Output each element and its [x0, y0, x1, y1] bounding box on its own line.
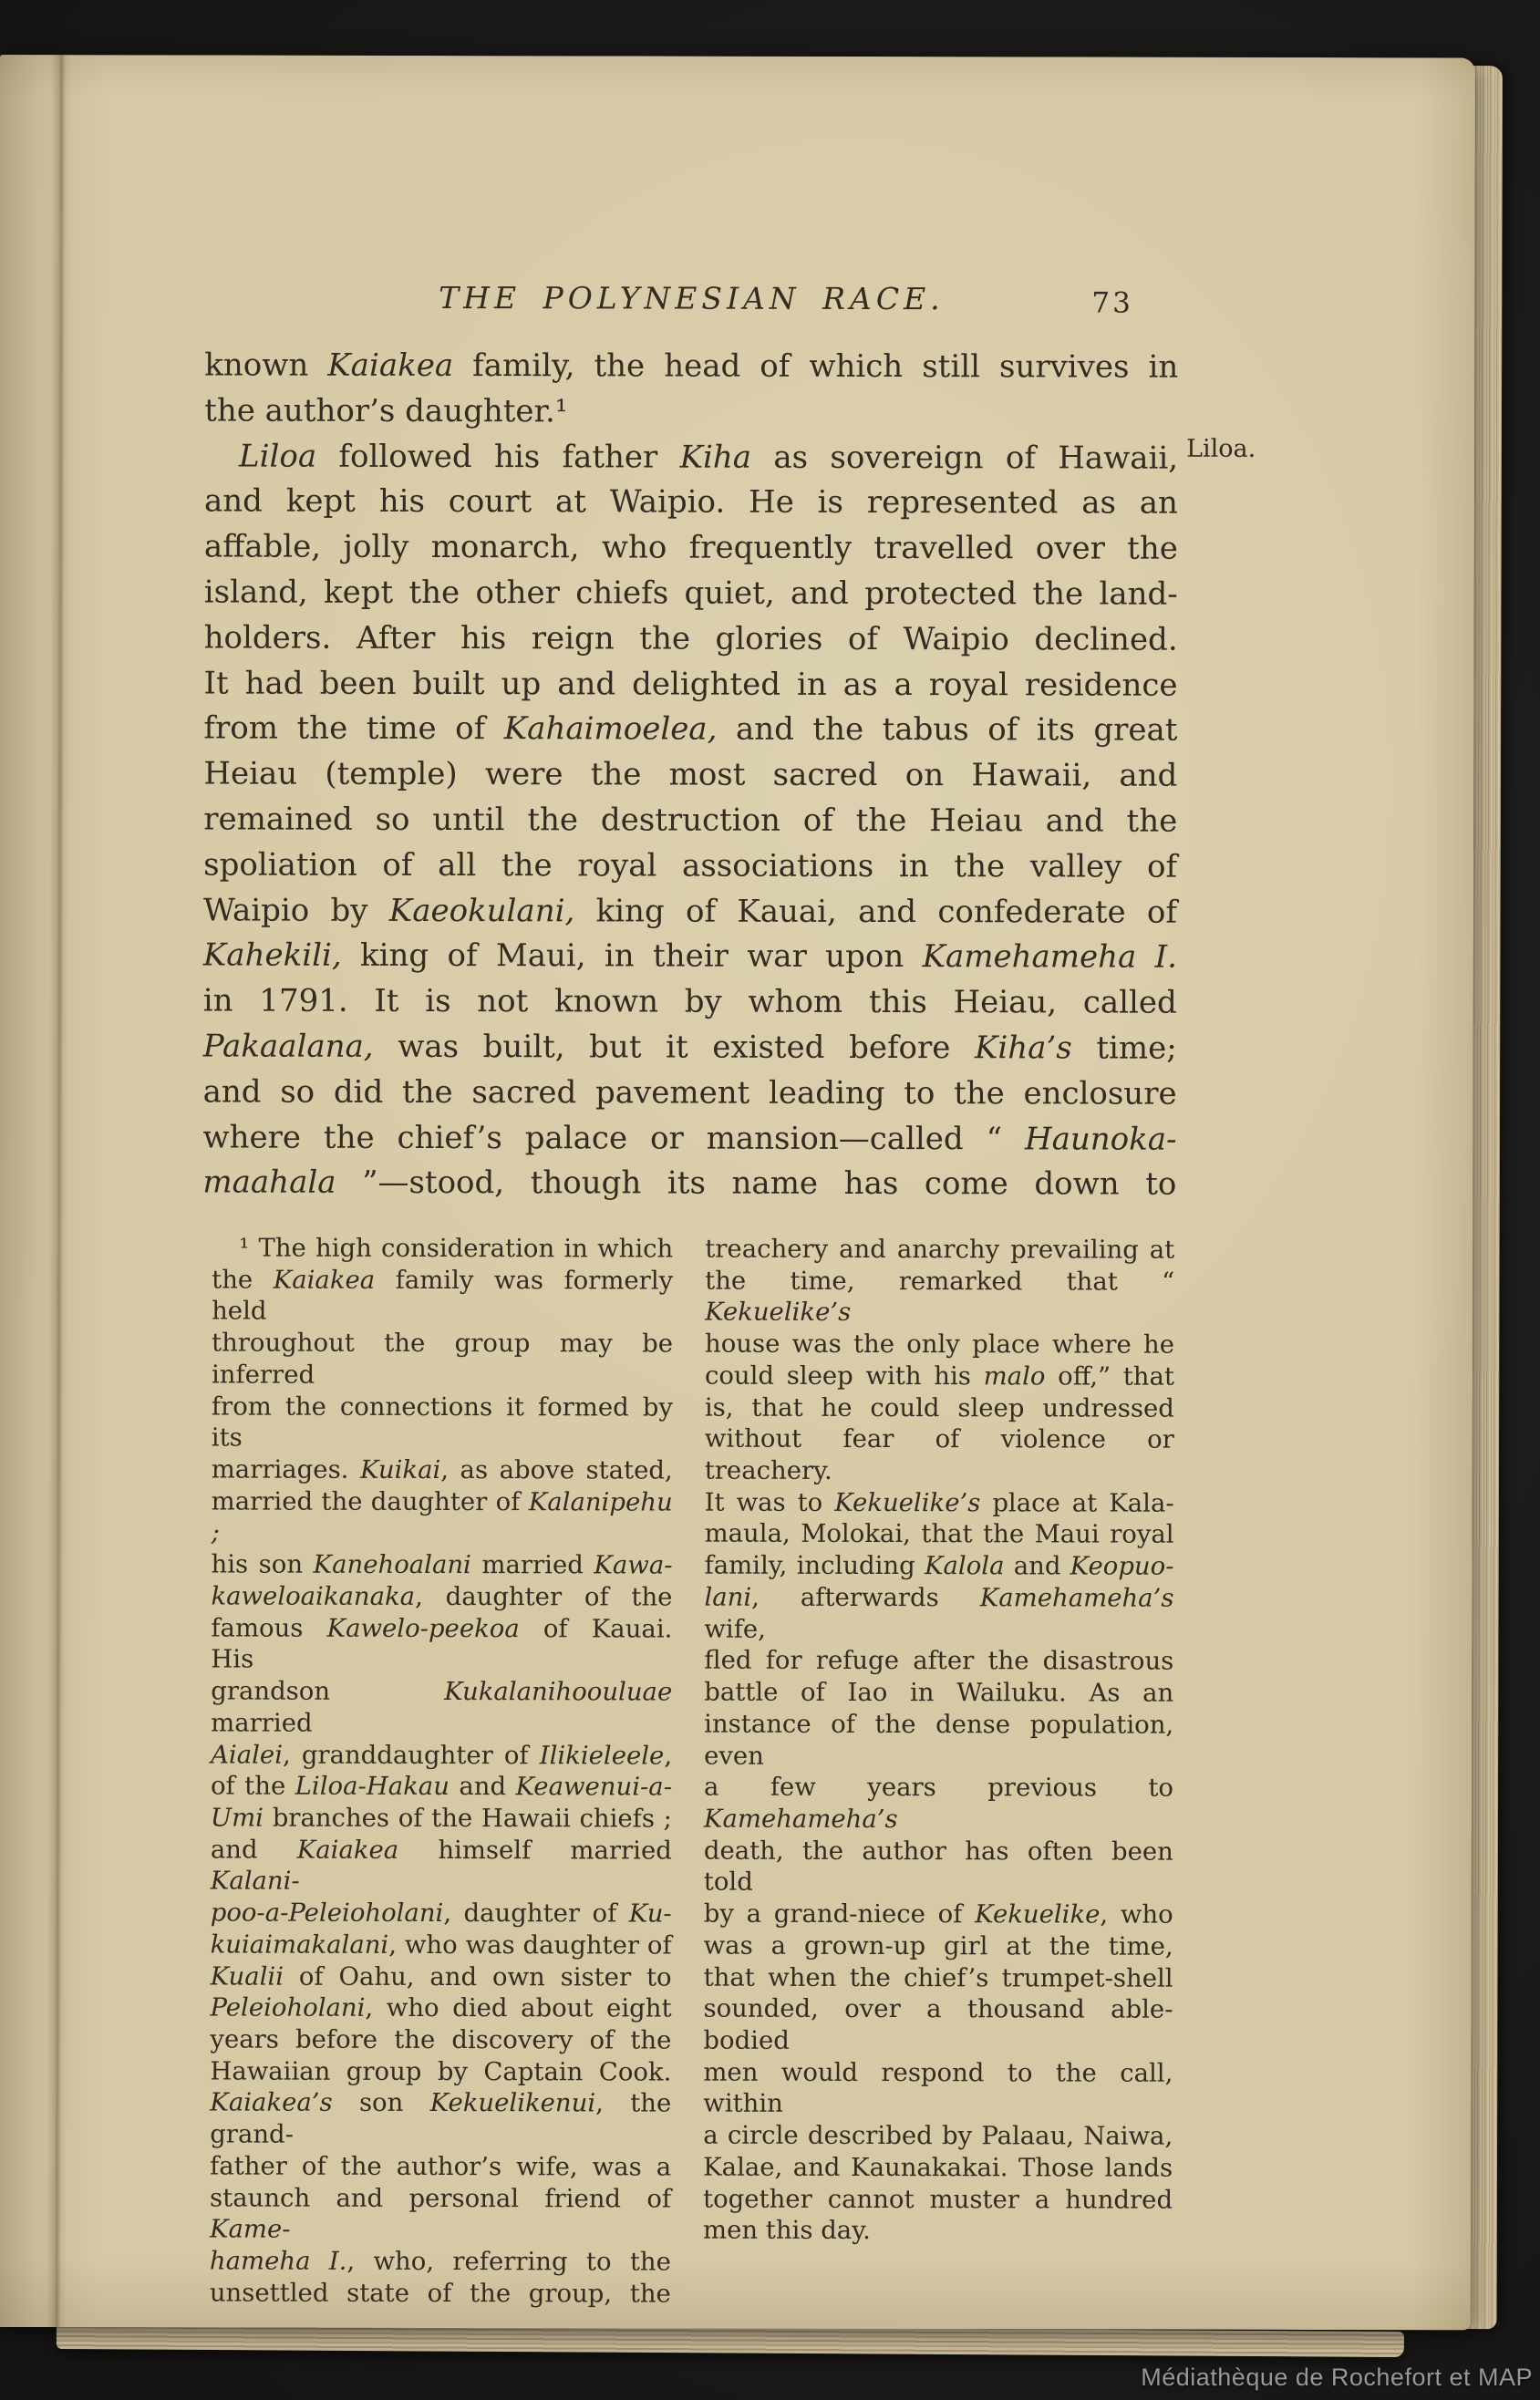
footnote-line: Umi branches of the Hawaii chiefs ;	[211, 1802, 672, 1835]
text-line: and kept his court at Waipio. He is repr…	[204, 480, 1178, 527]
footnote-line: Kaiakea’s son Kekuelikenui, the grand-	[210, 2087, 671, 2151]
footnote-line: without fear of violence or treachery.	[705, 1423, 1174, 1488]
footnote-line: father of the author’s wife, was a	[210, 2150, 671, 2183]
footnote-line: men this day.	[703, 2215, 1173, 2248]
text-line: Heiau (temple) were the most sacred on H…	[203, 752, 1177, 800]
footnote-line: house was the only place where he	[705, 1329, 1174, 1361]
footnote-line: from the connections it formed by its	[212, 1391, 673, 1454]
footnote-line: and Kaiakea himself married Kalani-	[211, 1834, 672, 1898]
text-line: and so did the sacred pavement leading t…	[203, 1070, 1177, 1117]
footnote-line: kaweloaikanaka, daughter of the	[211, 1580, 672, 1613]
main-text-block: known Kaiakea family, the head of which …	[202, 343, 1178, 1207]
library-watermark: Médiathèque de Rochefort et MAP	[1141, 2364, 1533, 2392]
text-line: Pakaalana, was built, but it existed bef…	[203, 1024, 1177, 1071]
text-line: Liloa followed his father Kiha as sovere…	[204, 434, 1178, 481]
footnote-line: years before the discovery of the	[210, 2023, 671, 2056]
footnote-line: was a grown-up girl at the time,	[704, 1929, 1173, 1962]
footnote-left-column: ¹ The high consideration in whichthe Kai…	[210, 1232, 673, 2309]
text-line: where the chief’s palace or mansion—call…	[202, 1115, 1176, 1163]
text-line: Kahekili, king of Maui, in their war upo…	[203, 934, 1177, 981]
book-photo: THE POLYNESIAN RACE. 73 known Kaiakea fa…	[0, 0, 1540, 2400]
running-head: THE POLYNESIAN RACE.	[204, 279, 1178, 316]
footnote-line: maula, Molokai, that the Maui royal	[705, 1518, 1174, 1551]
footnote-line: hameha I., who, referring to the	[210, 2245, 671, 2278]
footnote-line: famous Kawelo-peekoa of Kauai. His	[211, 1612, 672, 1676]
footnote-line: is, that he could sleep undressed	[705, 1391, 1174, 1424]
scan-background: { "document": { "running_head": "THE POL…	[0, 0, 1540, 2400]
footnote-line: by a grand-niece of Kekuelike, who	[704, 1898, 1173, 1931]
footnote-line: Hawaiian group by Captain Cook.	[210, 2055, 671, 2088]
binding-gutter-crease	[47, 55, 71, 2327]
text-line: island, kept the other chiefs quiet, and…	[204, 570, 1178, 617]
footnote-line: married the daughter of Kalanipehu ;	[212, 1485, 673, 1549]
footnote-line: his son Kanehoalani married Kawa-	[211, 1549, 672, 1582]
footnote-line: death, the author has often been told	[704, 1835, 1173, 1899]
text-line: Waipio by Kaeokulani, king of Kauai, and…	[203, 888, 1177, 936]
footnote-line: Kalae, and Kaunakakai. Those lands	[703, 2151, 1173, 2184]
text-line: spoliation of all the royal associations…	[203, 843, 1177, 890]
footnote-line: fled for refuge after the disastrous	[704, 1645, 1173, 1678]
footnote-line: lani, afterwards Kamehameha’s wife,	[704, 1582, 1173, 1647]
text-line: remained so until the destruction of the…	[203, 797, 1177, 844]
footnote-line: a few years previous to Kamehameha’s	[704, 1772, 1173, 1836]
margin-note: Liloa.	[1186, 435, 1287, 463]
footnote-line: marriages. Kuikai, as above stated,	[212, 1454, 673, 1487]
footnote-line: unsettled state of the group, the	[210, 2277, 671, 2310]
footnote-line: staunch and personal friend of Kame-	[210, 2182, 671, 2246]
footnote-line: poo-a-Peleioholani, daughter of Ku-	[211, 1898, 672, 1930]
text-line: in 1791. It is not known by whom this He…	[203, 979, 1177, 1027]
footnote-line: a circle described by Palaau, Naiwa,	[703, 2120, 1173, 2153]
footnote-line: men would respond to the call, within	[703, 2056, 1173, 2121]
footnote-line: sounded, over a thousand able-bodied	[703, 1993, 1173, 2058]
footnote-line: that when the chief’s trumpet-shell	[704, 1961, 1173, 1994]
footnote-line: the Kaiakea family was formerly held	[212, 1264, 673, 1328]
footnote-line: the time, remarked that “ Kekuelike’s	[705, 1265, 1174, 1329]
footnote-line: throughout the group may be inferred	[212, 1328, 673, 1391]
book-page: THE POLYNESIAN RACE. 73 known Kaiakea fa…	[0, 55, 1475, 2330]
footnote-line: instance of the dense population, even	[704, 1708, 1173, 1773]
footnote-line: Aialei, granddaughter of Ilikieleele,	[211, 1739, 672, 1772]
text-line: affable, jolly monarch, who frequently t…	[204, 525, 1178, 573]
footnote-line: battle of Iao in Wailuku. As an	[704, 1677, 1173, 1710]
footnote-line: kuiaimakalani, who was daughter of	[211, 1929, 672, 1961]
footnote-line: could sleep with his malo off,” that	[705, 1360, 1174, 1392]
footnote-line: It was to Kekuelike’s place at Kala-	[705, 1486, 1174, 1519]
footnote-line: Peleioholani, who died about eight	[210, 1992, 671, 2025]
footnote-line: ¹ The high consideration in which	[212, 1232, 673, 1265]
footnote-line: treachery and anarchy prevailing at	[705, 1234, 1174, 1267]
text-line: holders. After his reign the glories of …	[204, 616, 1178, 663]
footnote-line: Kualii of Oahu, and own sister to	[211, 1960, 672, 1993]
text-line: maahala ”—stood, though its name has com…	[202, 1161, 1176, 1208]
footnote-right-column: treachery and anarchy prevailing atthe t…	[703, 1234, 1174, 2248]
footnote-block: ¹ The high consideration in whichthe Kai…	[0, 1232, 1473, 1235]
text-line: the author’s daughter.¹	[204, 388, 1178, 436]
text-line: known Kaiakea family, the head of which …	[204, 343, 1178, 390]
footnote-line: of the Liloa-Hakau and Keawenui-a-	[211, 1771, 672, 1804]
footnote-line: grandson Kukalanihoouluae married	[211, 1676, 672, 1740]
footnote-line: family, including Kalola and Keopuo-	[704, 1550, 1173, 1583]
footnote-line: together cannot muster a hundred	[703, 2183, 1173, 2216]
text-line: from the time of Kahaimoelea, and the ta…	[203, 707, 1177, 754]
page-number: 73	[1091, 287, 1173, 320]
text-line: It had been built up and delighted in as…	[204, 661, 1178, 709]
